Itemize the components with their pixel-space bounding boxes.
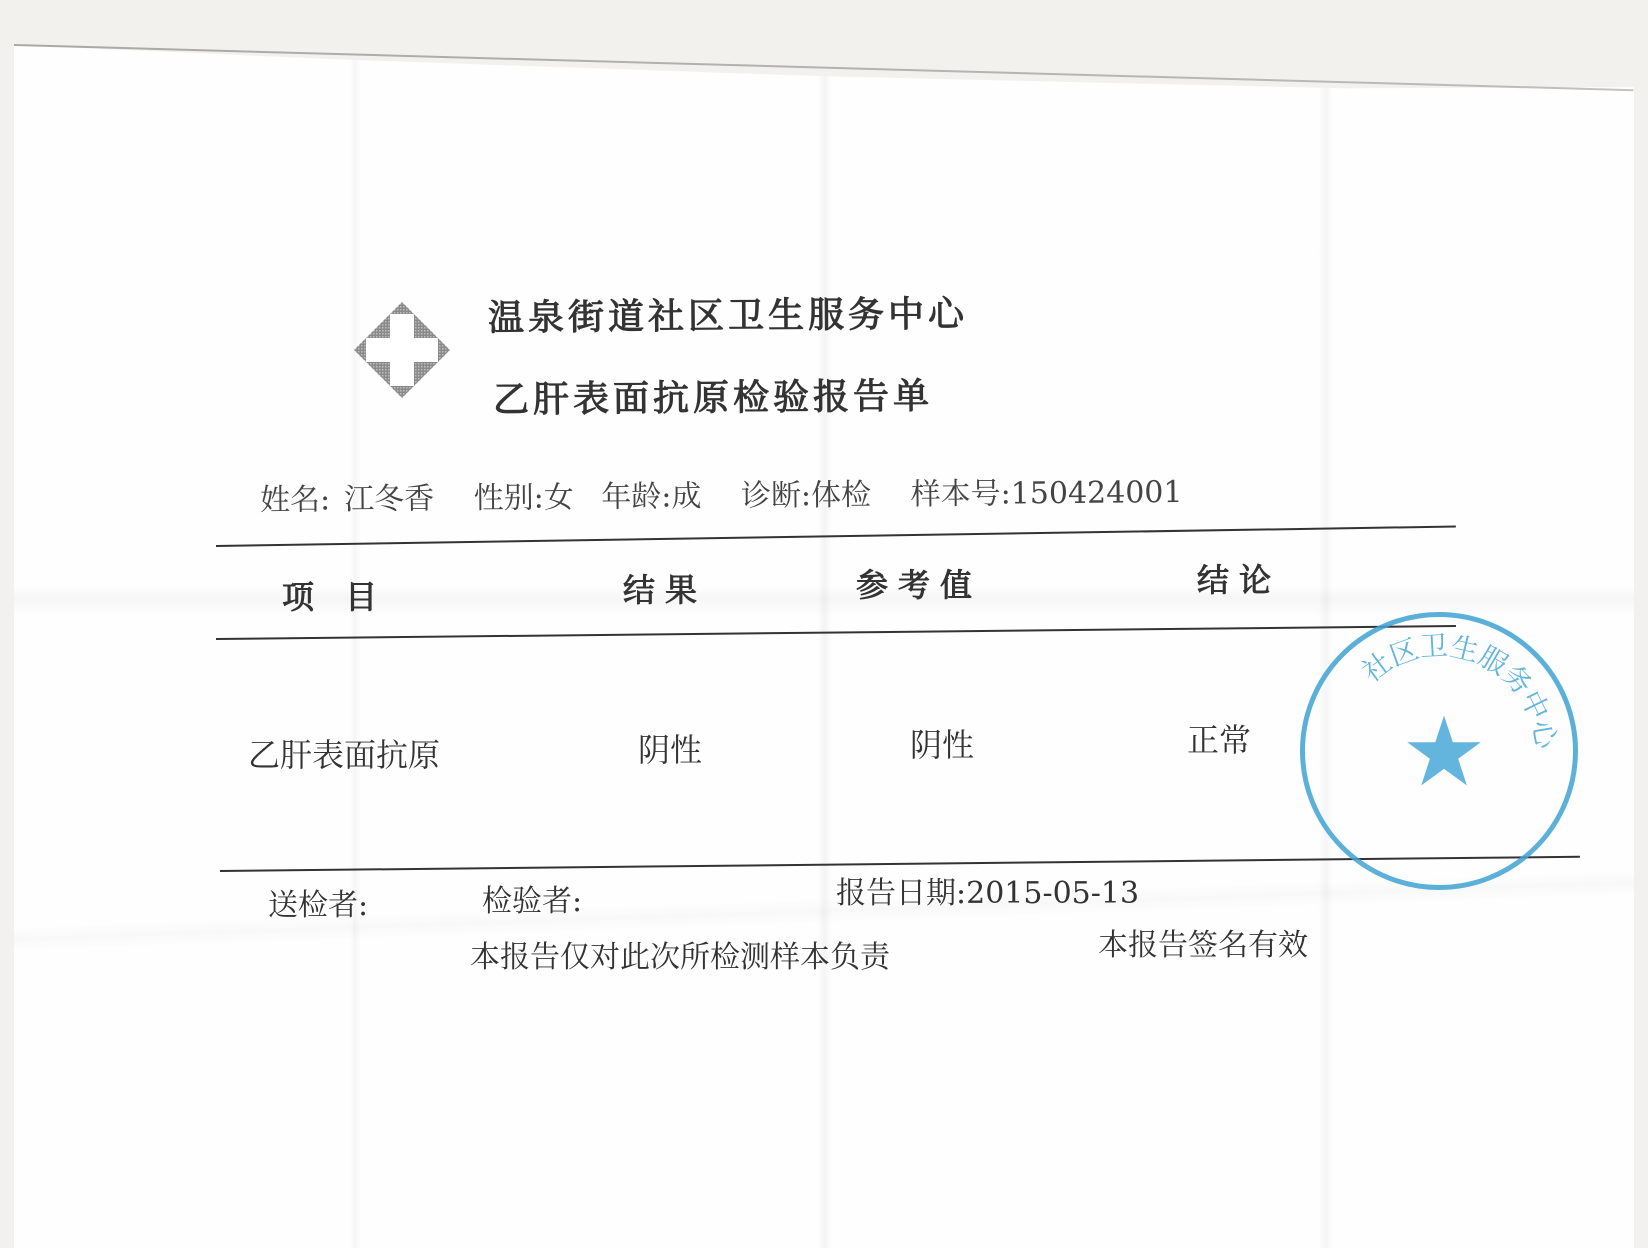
disclaimer-sample: 本报告仅对此次所检测样本负责: [470, 932, 890, 976]
star-icon: ★: [1399, 707, 1489, 797]
report-date: 报告日期:2015-05-13: [836, 868, 1139, 912]
submitter-label: 送检者:: [268, 880, 368, 924]
patient-gender: 女: [544, 480, 574, 515]
cell-conclusion: 正常: [1187, 715, 1251, 761]
header-conclusion: 结论: [1197, 555, 1281, 601]
report-date-value: 2015-05-13: [966, 876, 1139, 911]
medical-cross-icon: [352, 300, 452, 400]
header-item: 项 目: [282, 572, 387, 618]
header-reference: 参考值: [856, 560, 982, 606]
institution-name: 温泉街道社区卫生服务中心: [488, 286, 968, 341]
patient-age: 成: [671, 479, 701, 514]
gender-label: 性别:: [474, 481, 544, 517]
cell-reference: 阴性: [910, 720, 974, 766]
patient-diagnosis: 体检: [811, 478, 871, 514]
sample-no-label: 样本号:: [910, 476, 1010, 512]
report-date-label: 报告日期:: [836, 876, 966, 911]
examiner-label: 检验者:: [482, 876, 582, 920]
diagnosis-label: 诊断:: [741, 478, 811, 514]
patient-name: 江冬香: [344, 481, 434, 517]
name-label: 姓名:: [260, 482, 330, 518]
header-result: 结果: [623, 565, 707, 611]
age-label: 年龄:: [601, 479, 671, 515]
sample-number: 150424001: [1011, 475, 1183, 511]
cell-result: 阴性: [638, 725, 702, 771]
report-title: 乙肝表面抗原检验报告单: [493, 368, 933, 423]
disclaimer-signature: 本报告签名有效: [1098, 920, 1308, 964]
official-seal-stamp: 社区卫生服务中心 ★: [1300, 612, 1578, 890]
cell-item: 乙肝表面抗原: [248, 730, 440, 776]
